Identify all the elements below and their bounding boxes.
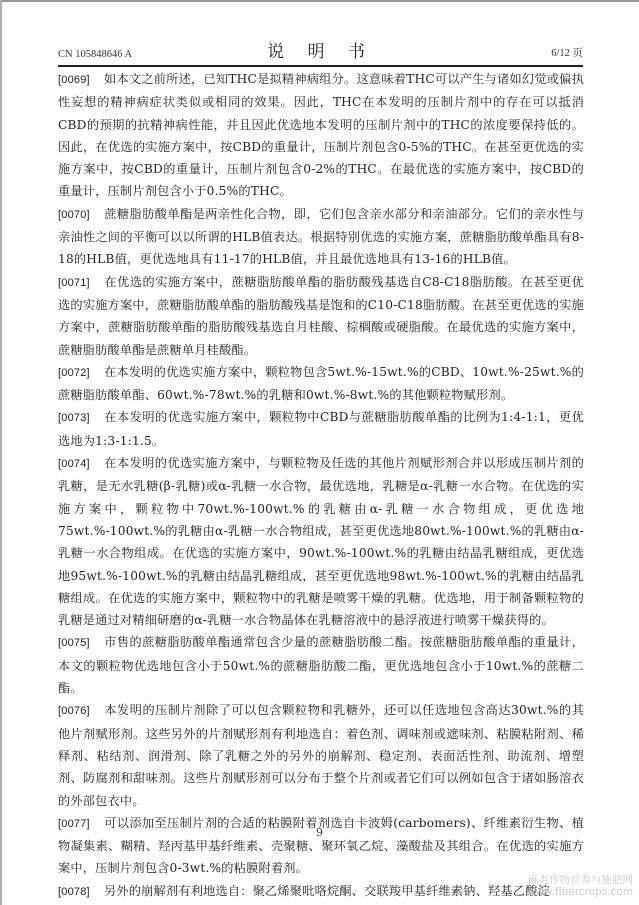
paragraph-0078: [0078]另外的崩解剂有利地选自：聚乙烯聚吡咯烷酮、交联羧甲基纤维素钠、羟基乙…	[58, 880, 584, 903]
paragraph-text: 如本文之前所述，已知THC是拟精神病组分。这意味着THC可以产生与诸如幻觉或偏执…	[58, 72, 584, 198]
paragraph-number: [0073]	[58, 407, 104, 429]
paragraph-number: [0074]	[58, 453, 104, 475]
paragraph-0069: [0069]如本文之前所述，已知THC是拟精神病组分。这意味着THC可以产生与诸…	[58, 68, 584, 203]
paragraph-number: [0069]	[58, 69, 104, 91]
watermark: 麻类作物营养与施肥网 www.fibercrops.com	[527, 874, 633, 898]
paragraph-0074: [0074]在本发明的优选实施方案中，与颗粒物及任选的其他片剂赋形剂合并以形成压…	[58, 452, 584, 631]
paragraph-text: 市售的蔗糖脂肪酸单酯通常包含少量的蔗糖脂肪酸二酯。按蔗糖脂肪酸单酯的重量计，本文…	[58, 635, 584, 695]
paragraph-0071: [0071]在优选的实施方案中，蔗糖脂肪酸单酯的脂肪酸残基选自C8-C18脂肪酸…	[58, 271, 584, 361]
header-rule	[58, 65, 583, 67]
document-body: [0069]如本文之前所述，已知THC是拟精神病组分。这意味着THC可以产生与诸…	[58, 68, 584, 903]
paragraph-text: 在本发明的优选实施方案中，颗粒物中CBD与蔗糖脂肪酸单酯的比例为1:4-1:1，…	[58, 410, 584, 447]
paragraph-number: [0070]	[58, 204, 104, 226]
paragraph-text: 在本发明的优选实施方案中，颗粒物包含5wt.%-15wt.%的CBD、10wt.…	[58, 365, 584, 402]
paragraph-0076: [0076]本发明的压制片剂除了可以包含颗粒物和乳糖外，还可以任选地包含高达30…	[58, 699, 584, 811]
paragraph-0070: [0070]蔗糖脂肪酸单酯是两亲性化合物，即，它们包含亲水部分和亲油部分。它们的…	[58, 203, 584, 271]
paragraph-text: 另外的崩解剂有利地选自：聚乙烯聚吡咯烷酮、交联羧甲基纤维素钠、羟基乙酸淀	[104, 884, 550, 898]
paragraph-text: 在优选的实施方案中，蔗糖脂肪酸单酯的脂肪酸残基选自C8-C18脂肪酸。在甚至更优…	[58, 275, 584, 357]
paragraph-text: 本发明的压制片剂除了可以包含颗粒物和乳糖外，还可以任选地包含高达30wt.%的其…	[58, 703, 584, 807]
page-indicator: 6/12 页	[551, 45, 583, 60]
page-frame-top-border	[0, 0, 639, 2]
document-title: 说 明 书	[58, 37, 583, 62]
paragraph-text: 在本发明的优选实施方案中，与颗粒物及任选的其他片剂赋形剂合并以形成压制片剂的乳糖…	[58, 456, 584, 627]
page-frame-left-border	[0, 0, 2, 905]
paragraph-number: [0072]	[58, 362, 104, 384]
paragraph-0077: [0077]可以添加至压制片剂的合适的粘膜附着剂选自卡波姆(carbomers)…	[58, 812, 584, 880]
paragraph-text: 可以添加至压制片剂的合适的粘膜附着剂选自卡波姆(carbomers)、纤维素衍生…	[58, 816, 584, 876]
page-header: CN 105848646 A 说 明 书 6/12 页	[58, 40, 583, 64]
watermark-site-name: 麻类作物营养与施肥网	[527, 874, 633, 886]
paragraph-number: [0076]	[58, 700, 104, 722]
paragraph-number: [0071]	[58, 272, 104, 294]
paragraph-text: 蔗糖脂肪酸单酯是两亲性化合物，即，它们包含亲水部分和亲油部分。它们的亲水性与亲油…	[58, 207, 584, 267]
paragraph-0072: [0072]在本发明的优选实施方案中，颗粒物包含5wt.%-15wt.%的CBD…	[58, 361, 584, 407]
paragraph-number: [0075]	[58, 632, 104, 654]
paragraph-number: [0078]	[58, 881, 104, 903]
page-number: 9	[0, 826, 639, 839]
paragraph-0073: [0073]在本发明的优选实施方案中，颗粒物中CBD与蔗糖脂肪酸单酯的比例为1:…	[58, 406, 584, 452]
watermark-url: www.fibercrops.com	[527, 886, 633, 898]
paragraph-0075: [0075]市售的蔗糖脂肪酸单酯通常包含少量的蔗糖脂肪酸二酯。按蔗糖脂肪酸单酯的…	[58, 631, 584, 699]
